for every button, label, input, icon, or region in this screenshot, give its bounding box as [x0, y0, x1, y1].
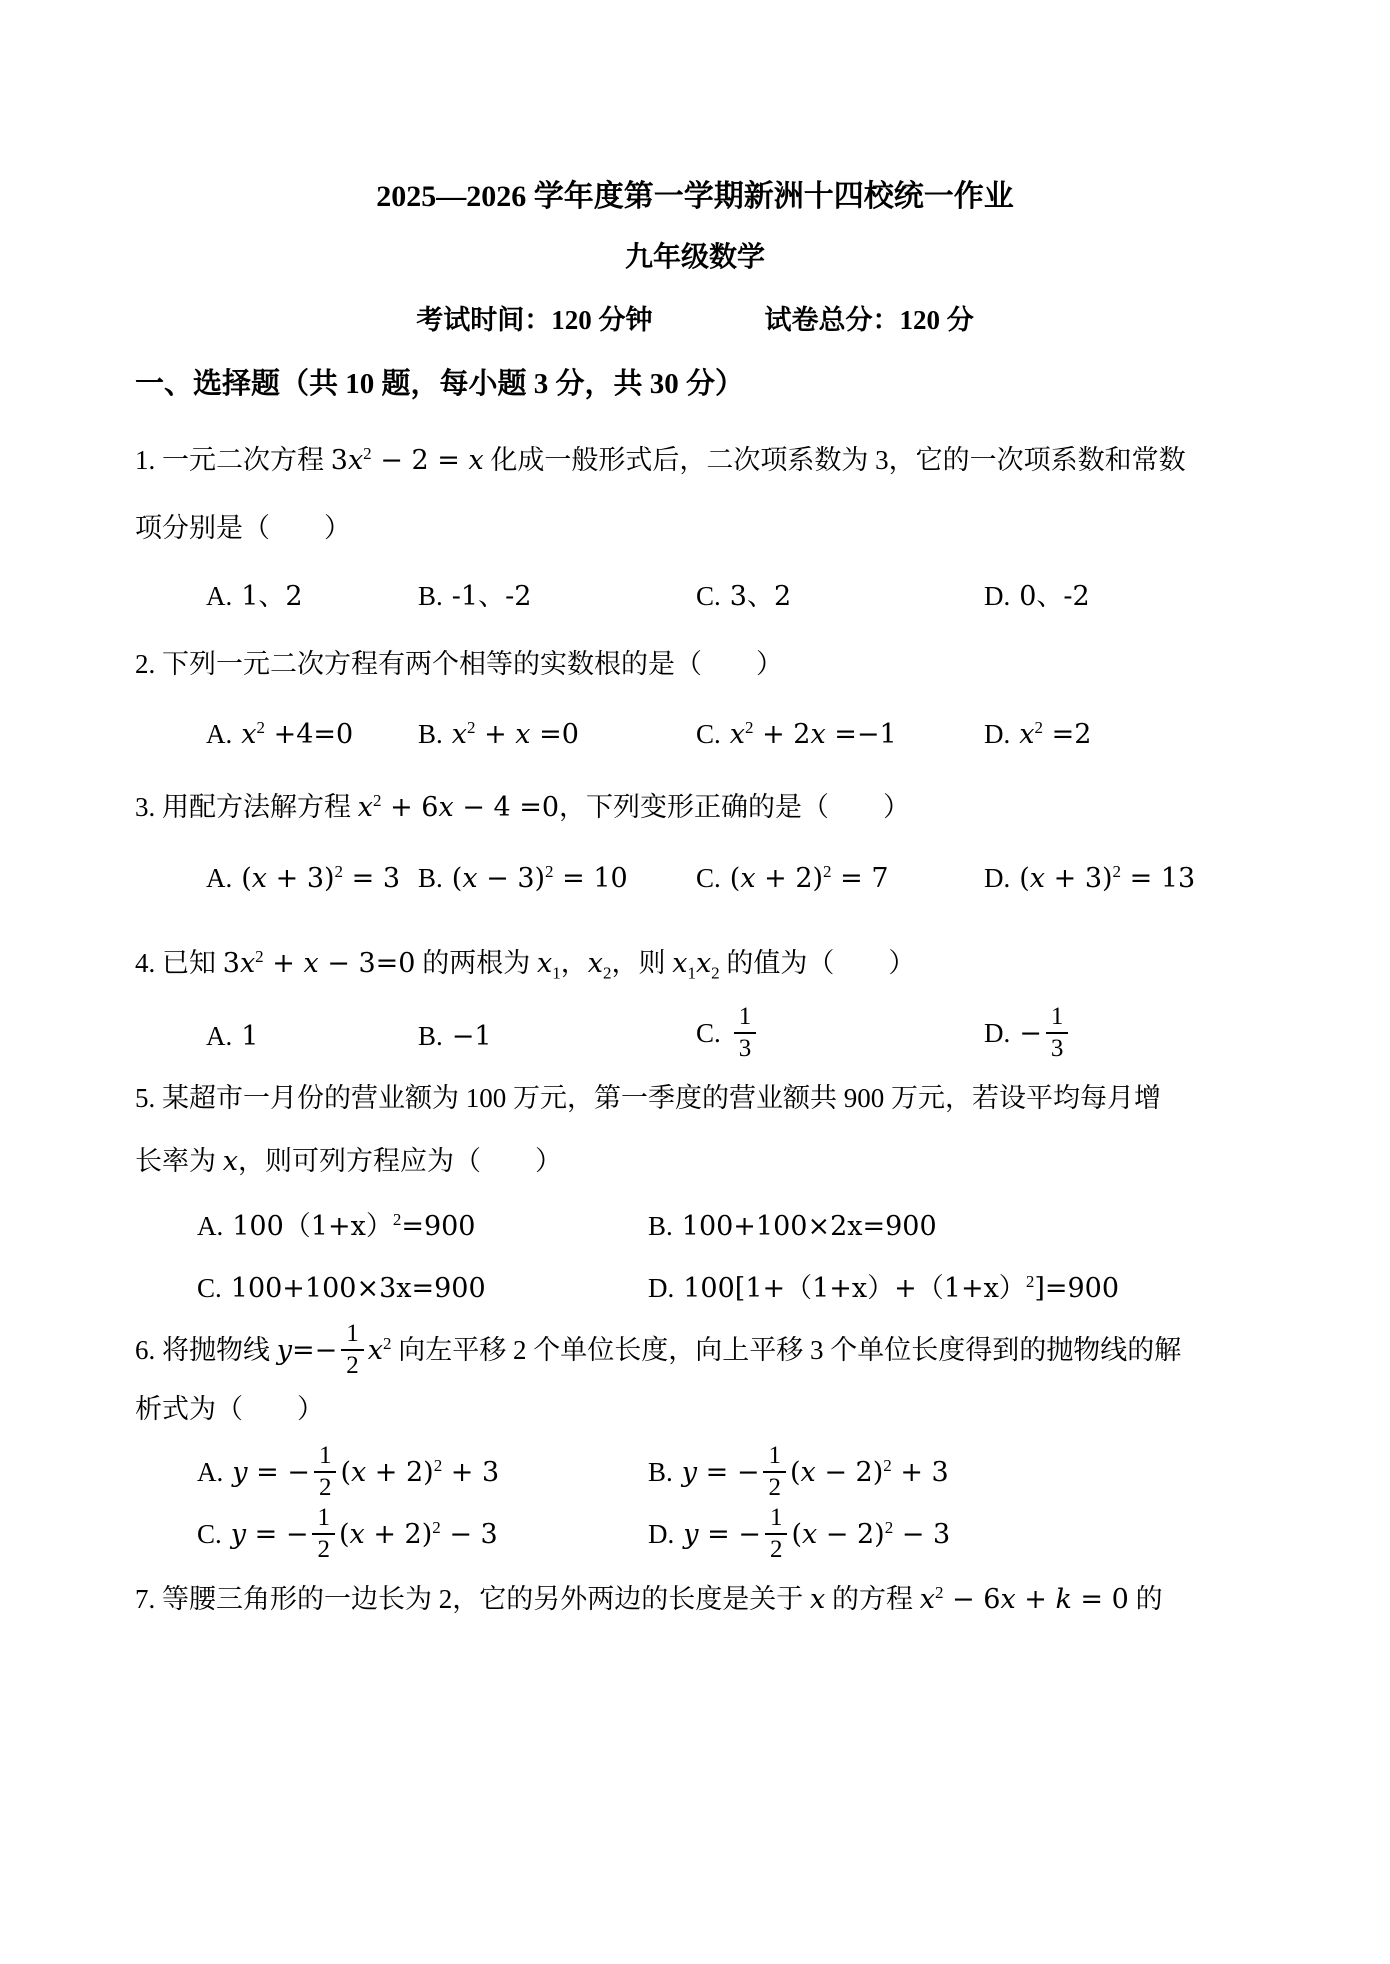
math-segment: = 10 — [554, 863, 628, 894]
math-segment: + 2) — [756, 863, 824, 894]
fraction-numerator: 1 — [734, 1003, 757, 1034]
q2-options-row-option-B: B.x2 + x =0 — [418, 714, 696, 755]
q2-options-row: A.x2 +4=0B.x2 + x =0C.x2 + 2x =−1D.x2 =2 — [135, 714, 1335, 755]
math-segment: ( — [452, 863, 463, 894]
fraction-denominator: 3 — [734, 1034, 757, 1063]
math-segment: − 3) — [478, 863, 546, 894]
option-label: C. — [696, 719, 721, 749]
fraction: 12 — [312, 1504, 335, 1564]
math-segment: 100（1+x） — [232, 1211, 393, 1242]
math-segment: + — [476, 719, 516, 750]
math-segment: − 2 = — [372, 445, 469, 476]
q1-options-row-option-C: C.3、2 — [696, 576, 984, 617]
math-segment: ( — [730, 863, 741, 894]
text-segment: 向左平移 2 个单位长度，向上平移 3 个单位长度得到的抛物线的解 — [392, 1335, 1182, 1365]
text-segment: 2. 下列一元二次方程有两个相等的实数根的是（ ） — [135, 649, 783, 679]
q2-line: 2. 下列一元二次方程有两个相等的实数根的是（ ） — [135, 644, 1335, 684]
math-variable: x — [730, 719, 745, 750]
math-segment: + 2) — [365, 1519, 433, 1550]
text-segment: 的两根为 — [415, 948, 537, 978]
fraction-numerator: 1 — [341, 1320, 364, 1351]
q5-options-row-2-option-C: C.100+100×3x=900 — [197, 1268, 648, 1309]
math-variable: x — [240, 948, 255, 979]
fraction-numerator: 1 — [312, 1504, 335, 1535]
q1-options-row-option-D: D.0、-2 — [984, 576, 1335, 617]
q1-options-row-option-B: B.-1、-2 — [418, 576, 696, 617]
q3-options-row-option-D: D.(x + 3)2 = 13 — [984, 858, 1335, 899]
option-label: C. — [696, 863, 721, 893]
q6-line1: 6. 将抛物线 y=−12x2 向左平移 2 个单位长度，向上平移 3 个单位长… — [135, 1323, 1335, 1383]
math-segment: = 0 — [1072, 1584, 1129, 1615]
q5-options-row-2: C.100+100×3x=900D.100[1+（1+x）+（1+x）2]=90… — [135, 1268, 1335, 1309]
option-label: B. — [418, 719, 443, 749]
math-segment: = − — [248, 1457, 310, 1488]
fraction-denominator: 2 — [314, 1473, 337, 1502]
math-variable: x — [348, 445, 363, 476]
text-segment: 的 — [1129, 1584, 1163, 1614]
fraction-denominator: 2 — [763, 1473, 786, 1502]
superscript: 2 — [255, 947, 264, 966]
math-segment: + 2 — [754, 719, 811, 750]
fraction-denominator: 3 — [1046, 1034, 1069, 1063]
math-variable: x — [740, 863, 755, 894]
fraction: 12 — [765, 1504, 788, 1564]
subscript: 2 — [711, 963, 720, 982]
math-variable: x — [438, 792, 453, 823]
fraction-numerator: 1 — [1046, 1003, 1069, 1034]
math-segment: ( — [1019, 863, 1030, 894]
q5-line2: 长率为 x，则可列方程应为（ ） — [135, 1141, 1335, 1182]
q3-options-row-option-A: A.(x + 3)2 = 3 — [206, 858, 418, 899]
math-segment: =0 — [531, 719, 579, 750]
math-variable: x — [515, 719, 530, 750]
math-segment: 3 — [223, 948, 240, 979]
math-variable: x — [672, 948, 687, 979]
math-variable: x — [252, 863, 267, 894]
option-label: C. — [197, 1273, 222, 1303]
fraction: 13 — [734, 1003, 757, 1063]
q1-line2: 项分别是（ ） — [135, 508, 1335, 548]
math-variable: y — [231, 1519, 246, 1550]
math-segment: ]=900 — [1034, 1273, 1119, 1304]
option-label: D. — [648, 1273, 674, 1303]
q4-options-row-option-D: D.−13 — [984, 1006, 1335, 1066]
math-variable: x — [1030, 863, 1045, 894]
total-score-label: 试卷总分：120 分 — [765, 300, 974, 340]
superscript: 2 — [434, 1456, 443, 1475]
math-segment: − 3 — [893, 1519, 950, 1550]
math-segment: − 2) — [817, 1519, 885, 1550]
superscript: 2 — [1034, 718, 1043, 737]
option-label: A. — [206, 719, 232, 749]
option-label: B. — [418, 581, 443, 611]
math-segment: − — [1019, 1018, 1042, 1049]
page-title: 2025—2026 学年度第一学期新洲十四校统一作业 — [135, 177, 1255, 217]
exam-paper-page: 2025—2026 学年度第一学期新洲十四校统一作业 九年级数学 考试时间：12… — [0, 0, 1390, 1964]
q1-options-row-option-A: A.1、2 — [206, 576, 418, 617]
math-segment: ( — [791, 1519, 802, 1550]
option-label: C. — [197, 1519, 222, 1549]
text-segment: 析式为（ ） — [135, 1394, 324, 1424]
option-label: D. — [984, 581, 1010, 611]
fraction: 12 — [763, 1442, 786, 1502]
math-segment: ( — [241, 863, 252, 894]
superscript: 2 — [383, 1334, 392, 1353]
math-variable: x — [350, 1519, 365, 1550]
math-variable: x — [452, 719, 467, 750]
exam-time-label: 考试时间：120 分钟 — [416, 300, 652, 340]
q3-options-row-option-B: B.(x − 3)2 = 10 — [418, 858, 696, 899]
fraction: 12 — [314, 1442, 337, 1502]
superscript: 2 — [745, 718, 754, 737]
math-segment: = 3 — [343, 863, 400, 894]
math-variable: x — [801, 1457, 816, 1488]
math-segment: = 7 — [832, 863, 889, 894]
fraction-denominator: 2 — [312, 1535, 335, 1564]
math-variable: x — [368, 1335, 383, 1366]
math-segment: 3 — [331, 445, 348, 476]
math-variable: x — [696, 948, 711, 979]
math-variable: x — [241, 719, 256, 750]
option-label: C. — [696, 581, 721, 611]
fraction: 12 — [341, 1320, 364, 1380]
q2-options-row-option-D: D.x2 =2 — [984, 714, 1335, 755]
math-segment: = − — [699, 1519, 761, 1550]
option-label: D. — [984, 1018, 1010, 1048]
text-segment: 4. 已知 — [135, 948, 223, 978]
option-label: B. — [418, 863, 443, 893]
math-segment: ( — [340, 1457, 351, 1488]
math-variable: k — [1055, 1584, 1071, 1615]
q1-options-row: A.1、2B.-1、-2C.3、2D.0、-2 — [135, 576, 1335, 617]
math-segment: =− — [292, 1335, 337, 1366]
exam-meta-row: 考试时间：120 分钟 试卷总分：120 分 — [135, 300, 1255, 340]
option-label: D. — [984, 863, 1010, 893]
q5-options-row-1-option-B: B.100+100×2x=900 — [648, 1206, 1335, 1247]
q1-line1: 1. 一元二次方程 3x2 − 2 = x 化成一般形式后，二次项系数为 3，它… — [135, 440, 1335, 481]
math-segment: − 3=0 — [319, 948, 416, 979]
text-segment: 化成一般形式后，二次项系数为 3，它的一次项系数和常数 — [484, 445, 1186, 475]
option-label: D. — [648, 1519, 674, 1549]
math-variable: x — [920, 1584, 935, 1615]
math-segment: − 3 — [441, 1519, 498, 1550]
q3-line: 3. 用配方法解方程 x2 + 6x − 4 =0，下列变形正确的是（ ） — [135, 787, 1335, 828]
math-variable: y — [682, 1457, 697, 1488]
section-heading: 一、选择题（共 10 题，每小题 3 分，共 30 分） — [135, 364, 1335, 404]
option-label: B. — [418, 1021, 443, 1051]
q6-options-row-2-option-D: D.y = −12(x − 2)2 − 3 — [648, 1507, 1335, 1567]
q4-options-row-option-A: A.1 — [206, 1016, 418, 1057]
option-label: C. — [696, 1018, 721, 1048]
superscript: 2 — [883, 1456, 892, 1475]
math-variable: x — [223, 1146, 238, 1177]
math-segment: ( — [339, 1519, 350, 1550]
math-variable: x — [462, 863, 477, 894]
math-variable: y — [277, 1335, 292, 1366]
text-segment: 项分别是（ ） — [135, 513, 351, 543]
math-segment: +4=0 — [265, 719, 353, 750]
q6-options-row-1-option-B: B.y = −12(x − 2)2 + 3 — [648, 1445, 1335, 1505]
math-segment: − 4 =0 — [454, 792, 559, 823]
math-variable: x — [351, 1457, 366, 1488]
math-segment: + 2) — [366, 1457, 434, 1488]
math-variable: x — [537, 948, 552, 979]
option-label: B. — [648, 1457, 673, 1487]
math-segment: − 6 — [943, 1584, 1000, 1615]
superscript: 2 — [467, 718, 476, 737]
fraction-denominator: 2 — [341, 1351, 364, 1380]
math-segment: 1 — [241, 1021, 258, 1052]
math-segment: − 2) — [816, 1457, 884, 1488]
math-variable: x — [588, 948, 603, 979]
option-label: D. — [984, 719, 1010, 749]
math-variable: x — [810, 1584, 825, 1615]
math-segment: + — [1016, 1584, 1056, 1615]
math-variable: x — [802, 1519, 817, 1550]
page-subtitle: 九年级数学 — [135, 238, 1255, 278]
text-segment: 的值为（ ） — [720, 948, 916, 978]
math-variable: x — [358, 792, 373, 823]
fraction-numerator: 1 — [763, 1442, 786, 1473]
q2-options-row-option-C: C.x2 + 2x =−1 — [696, 714, 984, 755]
math-segment: = − — [697, 1457, 759, 1488]
text-segment: 长率为 — [135, 1146, 223, 1176]
math-segment: = − — [246, 1519, 308, 1550]
math-segment: + 3) — [267, 863, 335, 894]
math-segment: -1、-2 — [452, 581, 532, 612]
q5-line1: 5. 某超市一月份的营业额为 100 万元，第一季度的营业额共 900 万元，若… — [135, 1078, 1335, 1118]
question-area: 1. 一元二次方程 3x2 − 2 = x 化成一般形式后，二次项系数为 3，它… — [135, 440, 1335, 1620]
math-segment: 3、2 — [730, 581, 791, 612]
superscript: 2 — [885, 1518, 894, 1537]
math-variable: x — [468, 445, 483, 476]
math-segment: −1 — [452, 1021, 492, 1052]
q4-options-row: A.1B.−1C.13D.−13 — [135, 1006, 1335, 1066]
q4-options-row-option-C: C.13 — [696, 1006, 984, 1066]
q5-options-row-2-option-D: D.100[1+（1+x）+（1+x）2]=900 — [648, 1268, 1335, 1309]
fraction-numerator: 1 — [765, 1504, 788, 1535]
math-segment: + — [264, 948, 304, 979]
option-label: A. — [206, 1021, 232, 1051]
subscript: 1 — [687, 963, 696, 982]
option-label: A. — [206, 863, 232, 893]
math-variable: x — [303, 948, 318, 979]
option-label: B. — [648, 1211, 673, 1241]
fraction: 13 — [1046, 1003, 1069, 1063]
text-segment: 5. 某超市一月份的营业额为 100 万元，第一季度的营业额共 900 万元，若… — [135, 1083, 1161, 1113]
math-segment: 100[1+（1+x）+（1+x） — [683, 1273, 1026, 1304]
math-segment: + 6 — [381, 792, 438, 823]
q6-line2: 析式为（ ） — [135, 1389, 1335, 1429]
option-label: A. — [197, 1211, 223, 1241]
math-segment: =2 — [1043, 719, 1091, 750]
text-segment: 1. 一元二次方程 — [135, 445, 331, 475]
option-label: A. — [206, 581, 232, 611]
math-segment: + 3 — [442, 1457, 499, 1488]
superscript: 2 — [335, 862, 344, 881]
q6-options-row-1-option-A: A.y = −12(x + 2)2 + 3 — [197, 1445, 648, 1505]
math-variable: x — [810, 719, 825, 750]
math-segment: =−1 — [826, 719, 897, 750]
q6-options-row-2: C.y = −12(x + 2)2 − 3D.y = −12(x − 2)2 −… — [135, 1507, 1335, 1567]
math-segment: 1、2 — [241, 581, 302, 612]
text-segment: 的方程 — [825, 1584, 920, 1614]
math-segment: 100+100×2x=900 — [682, 1211, 937, 1242]
superscript: 2 — [363, 444, 372, 463]
text-segment: ， — [561, 948, 588, 978]
math-segment: = 13 — [1121, 863, 1195, 894]
math-segment: ( — [790, 1457, 801, 1488]
math-segment: 100+100×3x=900 — [231, 1273, 486, 1304]
subscript: 1 — [552, 963, 561, 982]
superscript: 2 — [1113, 862, 1122, 881]
q5-options-row-1-option-A: A.100（1+x）2=900 — [197, 1206, 648, 1247]
fraction-numerator: 1 — [314, 1442, 337, 1473]
q3-options-row: A.(x + 3)2 = 3B.(x − 3)2 = 10C.(x + 2)2 … — [135, 858, 1335, 899]
q6-options-row-1: A.y = −12(x + 2)2 + 3B.y = −12(x − 2)2 +… — [135, 1445, 1335, 1505]
text-segment: ，下列变形正确的是（ ） — [559, 792, 910, 822]
math-variable: y — [683, 1519, 698, 1550]
math-variable: x — [1019, 719, 1034, 750]
math-segment: =900 — [401, 1211, 475, 1242]
option-label: A. — [197, 1457, 223, 1487]
text-segment: 3. 用配方法解方程 — [135, 792, 358, 822]
text-segment: 6. 将抛物线 — [135, 1335, 277, 1365]
math-variable: y — [232, 1457, 247, 1488]
q6-options-row-2-option-C: C.y = −12(x + 2)2 − 3 — [197, 1507, 648, 1567]
math-variable: x — [1000, 1584, 1015, 1615]
q3-options-row-option-C: C.(x + 2)2 = 7 — [696, 858, 984, 899]
q4-line: 4. 已知 3x2 + x − 3=0 的两根为 x1，x2，则 x1x2 的值… — [135, 943, 1335, 984]
math-segment: + 3) — [1045, 863, 1113, 894]
math-segment: + 3 — [892, 1457, 949, 1488]
superscript: 2 — [432, 1518, 441, 1537]
q2-options-row-option-A: A.x2 +4=0 — [206, 714, 418, 755]
superscript: 2 — [545, 862, 554, 881]
math-segment: 0、-2 — [1019, 581, 1089, 612]
q7-line: 7. 等腰三角形的一边长为 2，它的另外两边的长度是关于 x 的方程 x2 − … — [135, 1579, 1335, 1620]
q4-options-row-option-B: B.−1 — [418, 1016, 696, 1057]
text-segment: ，则可列方程应为（ ） — [238, 1146, 562, 1176]
q5-options-row-1: A.100（1+x）2=900B.100+100×2x=900 — [135, 1206, 1335, 1247]
text-segment: ，则 — [611, 948, 672, 978]
fraction-denominator: 2 — [765, 1535, 788, 1564]
text-segment: 7. 等腰三角形的一边长为 2，它的另外两边的长度是关于 — [135, 1584, 810, 1614]
superscript: 2 — [823, 862, 832, 881]
superscript: 2 — [256, 718, 265, 737]
